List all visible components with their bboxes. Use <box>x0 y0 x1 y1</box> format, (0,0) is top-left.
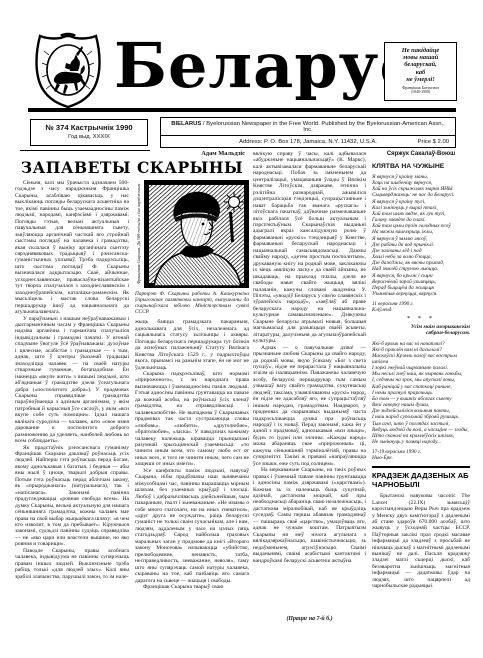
coat-of-arms-pahonia-icon <box>30 31 106 109</box>
paragraph: Францішак Скарына тварыў сваю <box>135 584 249 590</box>
address-text: Address: P. O. Box 178, Jamaica, N.Y. 11… <box>239 139 377 145</box>
paragraph: Сёньня, калі мы ўрачыста адзначаем 500-г… <box>15 180 129 316</box>
paragraph: Скарына падкрэсьліваў, што нормамі «прир… <box>135 371 249 468</box>
issue-number: № 374 Кастрычнік 1990 <box>31 123 147 132</box>
portrait-vertical-caption: Францішак Скарына. Да 500-годзьдзя з дня… <box>135 180 143 288</box>
article-column-1: Сёньня, калі мы ўрачыста адзначаем 500-г… <box>15 180 129 650</box>
masthead-rule <box>28 108 456 112</box>
portrait-caption: Партрэт Ф. Скарыны работы А. Кашкурэвіча… <box>135 291 249 315</box>
article-headline: ЗАПАВЕТЫ СКАРЫНЫ <box>15 159 249 176</box>
page-content: Адам Мальдзіс ЗАПАВЕТЫ СКАРЫНЫ Сёньня, к… <box>15 150 470 650</box>
skaryna-portrait-image <box>144 180 249 288</box>
paragraph: вялікую справу ў часы, калі адбывалася «… <box>253 151 366 345</box>
paragraph: На меркаваньне Скарыны, на такіх роўных … <box>253 467 366 564</box>
publisher-line: BIELARUS / Byelorussian Newspaper in the… <box>161 118 455 136</box>
article-column-3: вялікую справу ў часы, калі адбывалася «… <box>253 151 366 622</box>
poem-date-1: 11 верасьня 1990 г. Кліўленд. <box>372 301 470 313</box>
publisher-box: BIELARUS / Byelorussian Newspaper in the… <box>160 117 456 148</box>
address-line: Address: P. O. Box 178, Jamaica, N.Y. 11… <box>161 136 455 145</box>
price-label: Price $ 2.00 <box>418 139 449 145</box>
poem-part-1: Я вярнуся ў краіну маны, Хоць на шыбеніц… <box>372 174 470 297</box>
paragraph: Як прадстаўнік рэнэсанснага гуманізму Фр… <box>15 445 129 548</box>
chernobyl-headline: КРАДЗЕЖ ДАДЗЕНЫХ АБ ЧАРНОБЫЛІ <box>372 472 470 489</box>
newspaper-front-page: Беларус Не пакідайце мовы нашай беларуск… <box>0 0 483 658</box>
right-column: Сяржук Сакалаў-Воюш КЛЯТВА НА ЧУЖЫНЕ Я в… <box>372 151 470 589</box>
poem-title: КЛЯТВА НА ЧУЖЫНЕ <box>372 163 470 170</box>
poem-part-2: Які-б ярлык на вас ні начаплялі? Які-б п… <box>372 341 470 446</box>
issue-volume: Год выд. XXXIX <box>31 134 147 140</box>
masthead: Беларус Не пакідайце мовы нашай беларуск… <box>28 33 457 107</box>
masthead-slogan-box: Не пакідайце мовы нашай беларускай, каб … <box>384 42 457 101</box>
article-column-2-text: жыць баяцца грамадзкага пакараньня, адно… <box>135 319 249 590</box>
chernobyl-body: Брытанскі навуковы часопіс The Lancet (2… <box>372 493 470 589</box>
column-rule <box>372 466 470 468</box>
section-divider-stars: * * * <box>372 315 470 322</box>
paragraph: жыць баяцца грамадзкага пакараньня, адно… <box>135 319 249 371</box>
continuation-note: (Працяг на 7-й б.) <box>253 616 366 622</box>
slogan-attribution: Францішак Багушэвіч (1840-1900) <box>387 86 454 95</box>
slogan-text: Не пакідайце мовы нашай беларускай, каб … <box>387 47 454 83</box>
paper-title: Беларус <box>114 25 378 107</box>
paragraph: У параўнаньні з нашым неўраўнаважаным і … <box>15 316 129 445</box>
main-article: Адам Мальдзіс ЗАПАВЕТЫ СКАРЫНЫ Сёньня, к… <box>15 150 249 650</box>
poem-date-2: 17-19 верасьня 1990 г. Нью-Ёрк. <box>372 449 470 461</box>
issue-box: № 374 Кастрычнік 1990 Год выд. XXXIX <box>30 119 148 146</box>
article-column-2: Францішак Скарына. Да 500-годзьдзя з дня… <box>135 180 249 650</box>
paragraph: Аднак — о павучальнае дзіва! — прызнаньн… <box>253 345 366 468</box>
poem-author: Сяржук Сакалаў-Воюш <box>372 151 470 157</box>
publisher-name: BIELARUS <box>171 121 201 127</box>
paragraph: Паводле Скарыны, правы асобнага чалавека… <box>15 548 129 580</box>
publisher-desc: / Byelorussian Newspaper in the Free Wor… <box>201 121 445 133</box>
paragraph: Усе канфлікты паміж людзьмі, навучаў Ска… <box>135 468 249 584</box>
portrait-block: Францішак Скарына. Да 500-годзьдзя з дня… <box>135 180 249 288</box>
poem-dedication: Усім маім амэрыканскім сябрам-беларусам. <box>372 324 470 336</box>
